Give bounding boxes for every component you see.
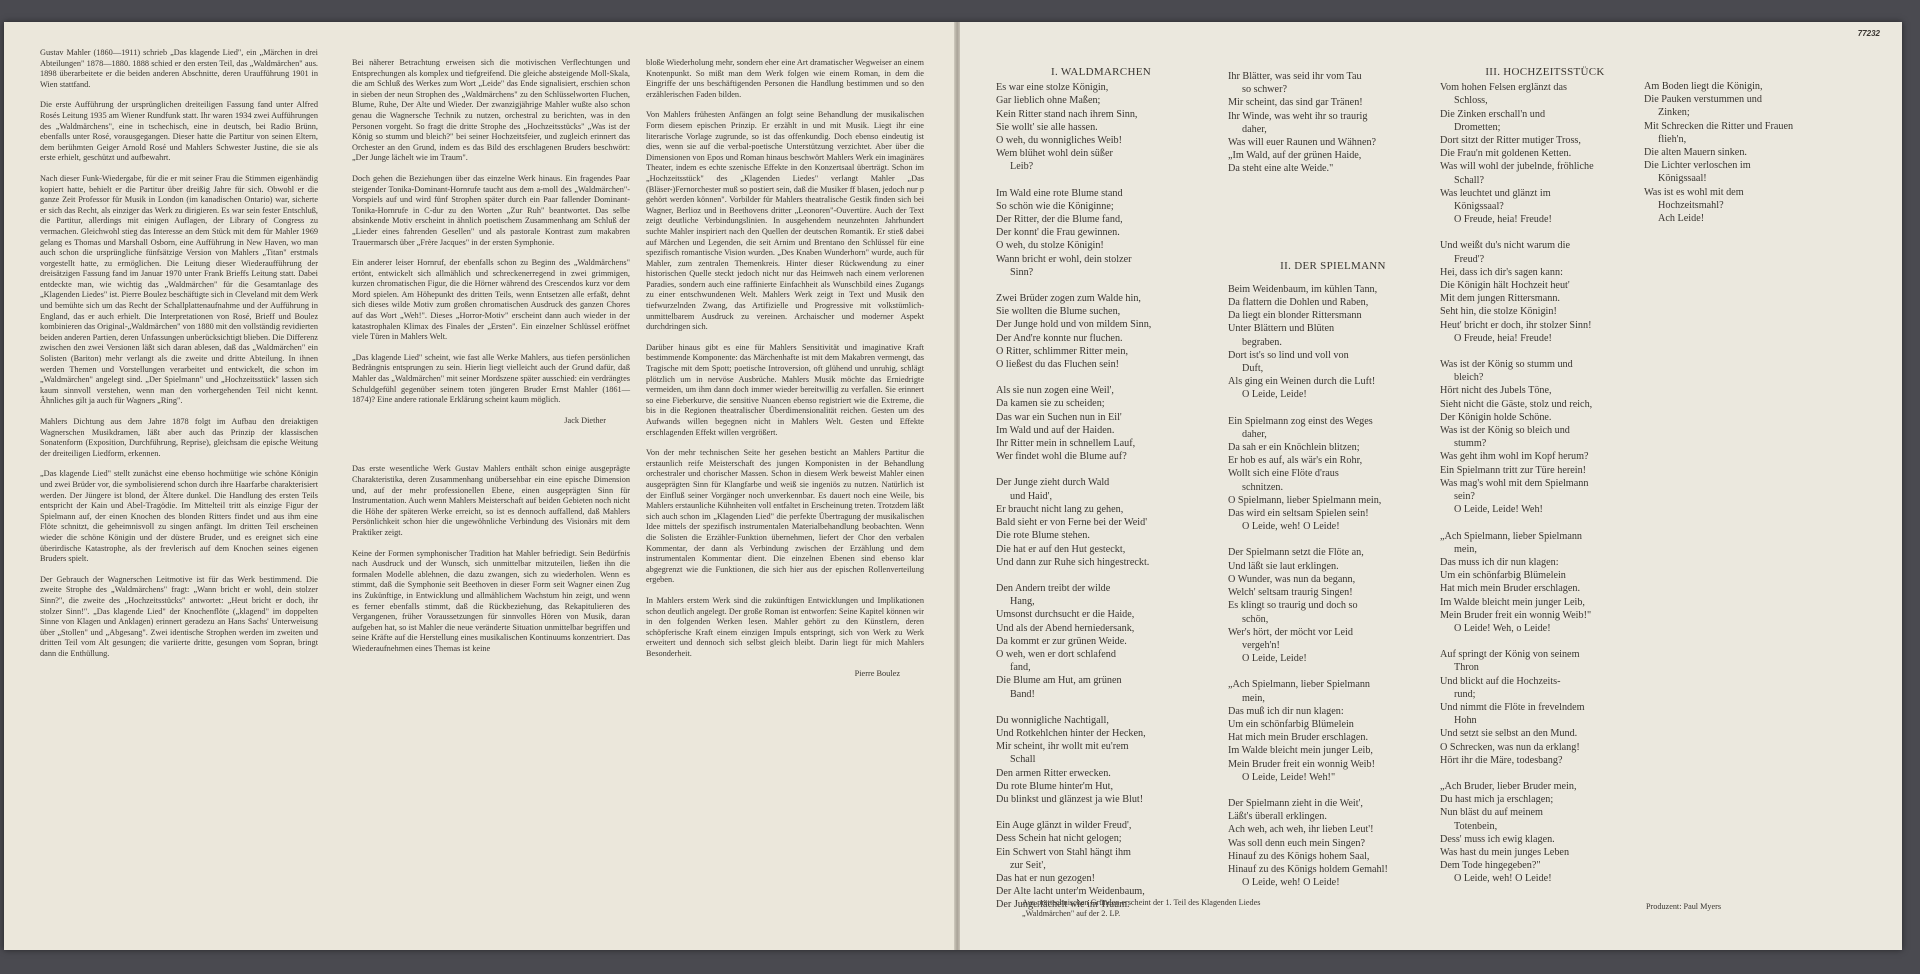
verse-line: Duft,: [1228, 362, 1438, 375]
verse-line: So schön wie die Königinne;: [996, 200, 1206, 213]
verse-line: Dess Schein hat nicht gelogen;: [996, 832, 1206, 845]
verse-line: sein?: [1440, 490, 1650, 503]
verse-line: Der And're konnte nur fluchen.: [996, 332, 1206, 345]
verse-line: Als ging ein Weinen durch die Luft!: [1228, 375, 1438, 388]
stanza: „Ach Spielmann, lieber Spielmannmein,Das…: [1440, 530, 1650, 636]
verse-line: „Ach Spielmann, lieber Spielmann: [1228, 678, 1438, 691]
verse-line: Drometten;: [1440, 121, 1650, 134]
verse-line: Da sah er ein Knöchlein blitzen;: [1228, 441, 1438, 454]
verse-line: Den Andern treibt der wilde: [996, 582, 1206, 595]
verse-line: O Leide, Leide! Weh!: [1440, 503, 1650, 516]
verse-line: Was will wohl der jubelnde, fröhliche: [1440, 160, 1650, 173]
verse-line: O Spielmann, lieber Spielmann mein,: [1228, 494, 1438, 507]
verse-line: Und setzt sie selbst an den Mund.: [1440, 727, 1650, 740]
verse-line: Wann bricht er wohl, dein stolzer: [996, 253, 1206, 266]
verse-line: Hört ihr die Märe, todesbang?: [1440, 754, 1650, 767]
verse-line: Am Boden liegt die Königin,: [1644, 80, 1864, 93]
verse-line: Auf springt der König von seinem: [1440, 648, 1650, 661]
stanza: Vom hohen Felsen erglänzt dasSchloss,Die…: [1440, 81, 1650, 226]
verse-line: O Freude, heia! Freude!: [1440, 213, 1650, 226]
verse-line: Im Wald und auf der Haiden.: [996, 424, 1206, 437]
verse-line: Was soll denn euch mein Singen?: [1228, 837, 1438, 850]
stanza: Im Wald eine rote Blume standSo schön wi…: [996, 187, 1206, 279]
verse-line: Der Königin holde Schöne.: [1440, 411, 1650, 424]
verse-line: Hohn: [1440, 714, 1650, 727]
verse-line: Und Rotkehlchen hinter der Hecken,: [996, 727, 1206, 740]
verse-line: Sie wollten die Blume suchen,: [996, 305, 1206, 318]
verse-line: O Leide, weh! O Leide!: [1228, 876, 1438, 889]
verse-line: O Leide! Weh, o Leide!: [1440, 622, 1650, 635]
verse-line: Er braucht nicht lang zu gehen,: [996, 503, 1206, 516]
verse-line: Was will euer Raunen und Wähnen?: [1228, 136, 1438, 149]
verse-line: Ein Schwert von Stahl hängt ihm: [996, 846, 1206, 859]
verse-line: „Im Wald, auf der grünen Haide,: [1228, 149, 1438, 162]
verse-line: Welch' seltsam traurig Singen!: [1228, 586, 1438, 599]
verse-line: Thron: [1440, 661, 1650, 674]
verse-line: Und dann zur Ruhe sich hingestreckt.: [996, 556, 1206, 569]
verse-line: Totenbein,: [1440, 820, 1650, 833]
verse-line: O weh, wen er dort schlafend: [996, 648, 1206, 661]
paragraph: „Das klagende Lied" stellt zunächst eine…: [40, 469, 318, 564]
verse-line: Zwei Brüder zogen zum Walde hin,: [996, 292, 1206, 305]
verse-line: Das war ein Suchen nun in Eil': [996, 411, 1206, 424]
paragraph: Doch gehen die Beziehungen über das einz…: [352, 174, 630, 248]
verse-line: flieh'n,: [1644, 133, 1864, 146]
verse-line: Leib?: [996, 160, 1206, 173]
verse-line: Hat mich mein Bruder erschlagen.: [1228, 731, 1438, 744]
verse-line: Und nimmt die Flöte in frevelndem: [1440, 701, 1650, 714]
verse-line: O Leide, Leide!: [1228, 388, 1438, 401]
paragraph: „Das klagende Lied" scheint, wie fast al…: [352, 353, 630, 406]
verse-line: Königssaal!: [1644, 172, 1864, 185]
verse-line: daher,: [1228, 123, 1438, 136]
paragraph: Keine der Formen symphonischer Tradition…: [352, 549, 630, 655]
verse-line: Da liegt ein blonder Rittersmann: [1228, 309, 1438, 322]
paragraph: Darüber hinaus gibt es eine für Mahlers …: [646, 343, 924, 438]
verse-line: Mit Schrecken die Ritter und Frauen: [1644, 120, 1864, 133]
verse-line: Hei, dass ich dir's sagen kann:: [1440, 266, 1650, 279]
verse-line: begraben.: [1228, 336, 1438, 349]
verse-line: O Leide, weh! O Leide!: [1440, 872, 1650, 885]
verse-line: Ihr Ritter mein in schnellem Lauf,: [996, 437, 1206, 450]
catalog-number: 77232: [1858, 29, 1880, 38]
stanza: „Ach Spielmann, lieber Spielmannmein,Das…: [1228, 678, 1438, 784]
verse-line: fand,: [996, 661, 1206, 674]
verse-line: O Leide, Leide!: [1228, 652, 1438, 665]
paragraph: Die erste Aufführung der ursprünglichen …: [40, 100, 318, 164]
verse-line: O ließest du das Fluchen sein!: [996, 358, 1206, 371]
verse-line: Um ein schönfarbig Blümelein: [1440, 569, 1650, 582]
verse-line: vergeh'n!: [1228, 639, 1438, 652]
verse-line: Umsonst durchsucht er die Haide,: [996, 608, 1206, 621]
verse-line: schnitzen.: [1228, 481, 1438, 494]
verse-line: Da steht eine alte Weide.": [1228, 162, 1438, 175]
verse-line: Den armen Ritter erwecken.: [996, 767, 1206, 780]
paragraph: Von der mehr technischen Seite her geseh…: [646, 448, 924, 586]
verse-line: O Ritter, schlimmer Ritter mein,: [996, 345, 1206, 358]
paragraph: Mahlers Dichtung aus dem Jahre 1878 folg…: [40, 417, 318, 459]
verse-line: stumm?: [1440, 437, 1650, 450]
verse-line: Im Wald eine rote Blume stand: [996, 187, 1206, 200]
verse-line: O Leide, Leide! Weh!": [1228, 771, 1438, 784]
verse-line: rund;: [1440, 688, 1650, 701]
verse-line: Schall?: [1440, 174, 1650, 187]
verse-line: Die Zinken erschall'n und: [1440, 108, 1650, 121]
verse-line: O Leide, weh! O Leide!: [1228, 520, 1438, 533]
verse-line: Dem Tode hingegeben?": [1440, 859, 1650, 872]
verse-line: Das hat er nun gezogen!: [996, 872, 1206, 885]
verse-line: Schall: [996, 753, 1206, 766]
verse-line: Wer's hört, der möcht vor Leid: [1228, 626, 1438, 639]
verse-line: Wer findet wohl die Blume auf?: [996, 450, 1206, 463]
stanza: Und weißt du's nicht warum dieFreud'?Hei…: [1440, 239, 1650, 345]
verse-line: Dort ist's so lind und voll von: [1228, 349, 1438, 362]
verse-line: Das muß ich dir nun klagen:: [1228, 705, 1438, 718]
verse-line: Was mag's wohl mit dem Spielmann: [1440, 477, 1650, 490]
paragraph: Nach dieser Funk-Wiedergabe, für die er …: [40, 174, 318, 407]
verse-line: schön,: [1228, 613, 1438, 626]
liner-notes-column-2: Bei näherer Betrachtung erweisen sich di…: [352, 58, 630, 665]
libretto-part1: I. WALDMARCHEN Es war eine stolze Königi…: [996, 66, 1206, 925]
verse-line: Der Junge hold und von mildem Sinn,: [996, 318, 1206, 331]
verse-line: Gar lieblich ohne Maßen;: [996, 94, 1206, 107]
verse-line: Du hast mich ja erschlagen;: [1440, 793, 1650, 806]
verse-line: Dess' muss ich ewig klagen.: [1440, 833, 1650, 846]
paragraph: Bei näherer Betrachtung erweisen sich di…: [352, 58, 630, 164]
footnote: Aus prettechnischen Gründen erscheint de…: [1022, 898, 1262, 919]
verse-line: Im Walde bleicht mein junger Leib,: [1440, 596, 1650, 609]
verse-line: Ein Spielmann tritt zur Türe herein!: [1440, 464, 1650, 477]
stanza: Als sie nun zogen eine Weil',Da kamen si…: [996, 384, 1206, 463]
libretto-panel: 77232 I. WALDMARCHEN Es war eine stolze …: [960, 22, 1902, 950]
paragraph: Von Mahlers frühesten Anfängen an folgt …: [646, 110, 924, 332]
paragraph: Der Gebrauch der Wagnerschen Leitmotive …: [40, 575, 318, 660]
producer-credit: Produzent: Paul Myers: [1646, 902, 1721, 913]
verse-line: Die Königin hält Hochzeit heut': [1440, 279, 1650, 292]
verse-line: Und läßt sie laut erklingen.: [1228, 560, 1438, 573]
stanza: Es war eine stolze Königin,Gar lieblich …: [996, 81, 1206, 173]
verse-line: Ein Spielmann zog einst des Weges: [1228, 415, 1438, 428]
part1-title: I. WALDMARCHEN: [996, 66, 1206, 79]
verse-line: Die Blume am Hut, am grünen: [996, 674, 1206, 687]
verse-line: Da kamen sie zu scheiden;: [996, 397, 1206, 410]
verse-line: so schwer?: [1228, 83, 1438, 96]
verse-line: Der Ritter, der die Blume fand,: [996, 213, 1206, 226]
stanza: Der Junge zieht durch Waldund Haid',Er b…: [996, 476, 1206, 568]
verse-line: Seht hin, die stolze Königin!: [1440, 305, 1650, 318]
verse-line: Er hob es auf, als wär's ein Rohr,: [1228, 454, 1438, 467]
verse-line: bleich?: [1440, 371, 1650, 384]
verse-line: Wollt sich eine Flöte d'raus: [1228, 467, 1438, 480]
verse-line: Hinauf zu des Königs holdem Gemahl!: [1228, 863, 1438, 876]
verse-line: Die rote Blume stehen.: [996, 529, 1206, 542]
libretto-part1-cont-part2: Ihr Blätter, was seid ihr vom Tauso schw…: [1228, 70, 1438, 902]
verse-line: Sinn?: [996, 266, 1206, 279]
stanza: Du wonnigliche Nachtigall,Und Rotkehlche…: [996, 714, 1206, 806]
verse-line: Nun bläst du auf meinem: [1440, 806, 1650, 819]
verse-line: Du wonnigliche Nachtigall,: [996, 714, 1206, 727]
verse-line: daher,: [1228, 428, 1438, 441]
verse-line: Mit dem jungen Rittersmann.: [1440, 292, 1650, 305]
verse-line: Mein Bruder freit ein wonnig Weib!: [1228, 758, 1438, 771]
verse-line: Unter Blättern und Blüten: [1228, 322, 1438, 335]
verse-line: Zinken;: [1644, 106, 1864, 119]
verse-line: Was hast du mein junges Leben: [1440, 846, 1650, 859]
verse-line: Der Spielmann setzt die Flöte an,: [1228, 546, 1438, 559]
paragraph: Das erste wesentliche Werk Gustav Mahler…: [352, 464, 630, 538]
verse-line: Freud'?: [1440, 253, 1650, 266]
verse-line: Das muss ich dir nun klagen:: [1440, 556, 1650, 569]
stanza: Auf springt der König von seinemThronUnd…: [1440, 648, 1650, 767]
stanza: Ein Spielmann zog einst des Wegesdaher,D…: [1228, 415, 1438, 534]
record-sleeve-gatefold: Gustav Mahler (1860—1911) schrieb „Das k…: [4, 22, 1902, 950]
verse-line: Hinauf zu des Königs hohem Saal,: [1228, 850, 1438, 863]
verse-line: „Ach Spielmann, lieber Spielmann: [1440, 530, 1650, 543]
verse-line: Heut' bricht er doch, ihr stolzer Sinn!: [1440, 319, 1650, 332]
verse-line: Du blinkst und glänzest ja wie Blut!: [996, 793, 1206, 806]
verse-line: Hang,: [996, 595, 1206, 608]
verse-line: Mir scheint, ihr wollt mit eu'rem: [996, 740, 1206, 753]
verse-line: Das wird ein seltsam Spielen sein!: [1228, 507, 1438, 520]
part2-title: II. DER SPIELMANN: [1228, 260, 1438, 273]
verse-line: zur Seit',: [996, 859, 1206, 872]
paragraph: In Mahlers erstem Werk sind die zukünfti…: [646, 596, 924, 660]
verse-line: Bald sieht er von Ferne bei der Weid': [996, 516, 1206, 529]
stanza: „Ach Bruder, lieber Bruder mein,Du hast …: [1440, 780, 1650, 886]
verse-line: Sieht nicht die Gäste, stolz und reich,: [1440, 398, 1650, 411]
verse-line: O Freude, heia! Freude!: [1440, 332, 1650, 345]
verse-line: Was ist der König so bleich und: [1440, 424, 1650, 437]
verse-line: Die Pauken verstummen und: [1644, 93, 1864, 106]
verse-line: Hat mich mein Bruder erschlagen.: [1440, 582, 1650, 595]
stanza: Der Spielmann setzt die Flöte an,Und läß…: [1228, 546, 1438, 665]
stanza: Ihr Blätter, was seid ihr vom Tauso schw…: [1228, 70, 1438, 176]
verse-line: Läßt's überall erklingen.: [1228, 810, 1438, 823]
signature-pierre-boulez: Pierre Boulez: [646, 669, 900, 680]
verse-line: Ach Leide!: [1644, 212, 1864, 225]
paragraph: Gustav Mahler (1860—1911) schrieb „Das k…: [40, 48, 318, 90]
verse-line: Kein Ritter stand nach ihrem Sinn,: [996, 108, 1206, 121]
verse-line: Die Frau'n mit goldenen Ketten.: [1440, 147, 1650, 160]
verse-line: O weh, du stolze Königin!: [996, 239, 1206, 252]
verse-line: Da flattern die Dohlen und Raben,: [1228, 296, 1438, 309]
verse-line: Sie wollt' sie alle hassen.: [996, 121, 1206, 134]
stanza: Beim Weidenbaum, im kühlen Tann,Da flatt…: [1228, 283, 1438, 402]
paragraph: bloße Wiederholung mehr, sondern eher ei…: [646, 58, 924, 100]
verse-line: Als sie nun zogen eine Weil',: [996, 384, 1206, 397]
verse-line: Es war eine stolze Königin,: [996, 81, 1206, 94]
verse-line: Im Walde bleicht mein junger Leib,: [1228, 744, 1438, 757]
verse-line: Da kommt er zur grünen Weide.: [996, 635, 1206, 648]
verse-line: Die Lichter verloschen im: [1644, 159, 1864, 172]
stanza: Den Andern treibt der wildeHang,Umsonst …: [996, 582, 1206, 701]
verse-line: Mir scheint, das sind gar Tränen!: [1228, 96, 1438, 109]
verse-line: Die alten Mauern sinken.: [1644, 146, 1864, 159]
verse-line: Es klingt so traurig und doch so: [1228, 599, 1438, 612]
verse-line: Du rote Blume hinter'm Hut,: [996, 780, 1206, 793]
verse-line: Beim Weidenbaum, im kühlen Tann,: [1228, 283, 1438, 296]
verse-line: Und weißt du's nicht warum die: [1440, 239, 1650, 252]
verse-line: Dort sitzt der Ritter mutiger Tross,: [1440, 134, 1650, 147]
stanza: Am Boden liegt die Königin,Die Pauken ve…: [1644, 80, 1864, 225]
verse-line: Band!: [996, 688, 1206, 701]
liner-notes-column-1: Gustav Mahler (1860—1911) schrieb „Das k…: [40, 48, 318, 669]
verse-line: und Haid',: [996, 490, 1206, 503]
verse-line: O weh, du wonnigliches Weib!: [996, 134, 1206, 147]
part3-title: III. HOCHZEITSSTÜCK: [1440, 66, 1650, 79]
stanza: Zwei Brüder zogen zum Walde hin,Sie woll…: [996, 292, 1206, 371]
verse-line: Ein Auge glänzt in wilder Freud',: [996, 819, 1206, 832]
verse-line: Hochzeitsmahl?: [1644, 199, 1864, 212]
verse-line: O Wunder, was nun da begann,: [1228, 573, 1438, 586]
verse-line: Der Spielmann zieht in die Weit',: [1228, 797, 1438, 810]
verse-line: Königssaal?: [1440, 200, 1650, 213]
verse-line: Der konnt' die Frau gewinnen.: [996, 226, 1206, 239]
verse-line: Was ist es wohl mit dem: [1644, 186, 1864, 199]
verse-line: Hört nicht des Jubels Töne,: [1440, 384, 1650, 397]
verse-line: Und als der Abend herniedersank,: [996, 622, 1206, 635]
verse-line: Schloss,: [1440, 94, 1650, 107]
verse-line: mein,: [1440, 543, 1650, 556]
verse-line: Der Junge zieht durch Wald: [996, 476, 1206, 489]
verse-line: Ach weh, ach weh, ihr lieben Leut'!: [1228, 823, 1438, 836]
verse-line: Und blickt auf die Hochzeits-: [1440, 675, 1650, 688]
libretto-part3-end: Am Boden liegt die Königin,Die Pauken ve…: [1644, 80, 1864, 238]
verse-line: „Ach Bruder, lieber Bruder mein,: [1440, 780, 1650, 793]
verse-line: Was geht ihm wohl im Kopf herum?: [1440, 450, 1650, 463]
libretto-part3: III. HOCHZEITSSTÜCK Vom hohen Felsen erg…: [1440, 66, 1650, 899]
stanza: Was ist der König so stumm undbleich?Hör…: [1440, 358, 1650, 516]
verse-line: Was ist der König so stumm und: [1440, 358, 1650, 371]
verse-line: Was leuchtet und glänzt im: [1440, 187, 1650, 200]
verse-line: Die hat er auf den Hut gesteckt,: [996, 543, 1206, 556]
stanza: Der Spielmann zieht in die Weit',Läßt's …: [1228, 797, 1438, 889]
verse-line: Mein Bruder freit ein wonnig Weib!": [1440, 609, 1650, 622]
verse-line: Um ein schönfarbig Blümelein: [1228, 718, 1438, 731]
verse-line: mein,: [1228, 692, 1438, 705]
verse-line: Ihr Winde, was weht ihr so traurig: [1228, 110, 1438, 123]
verse-line: O Schrecken, was nun da erklang!: [1440, 741, 1650, 754]
signature-jack-diether: Jack Diether: [352, 416, 606, 427]
verse-line: Der Alte lacht unter'm Weidenbaum,: [996, 885, 1206, 898]
verse-line: Ihr Blätter, was seid ihr vom Tau: [1228, 70, 1438, 83]
verse-line: Wem blühet wohl dein süßer: [996, 147, 1206, 160]
liner-notes-column-3: bloße Wiederholung mehr, sondern eher ei…: [646, 58, 924, 690]
paragraph: Ein anderer leiser Hornruf, der ebenfall…: [352, 258, 630, 343]
verse-line: Vom hohen Felsen erglänzt das: [1440, 81, 1650, 94]
liner-notes-panel: Gustav Mahler (1860—1911) schrieb „Das k…: [4, 22, 954, 950]
